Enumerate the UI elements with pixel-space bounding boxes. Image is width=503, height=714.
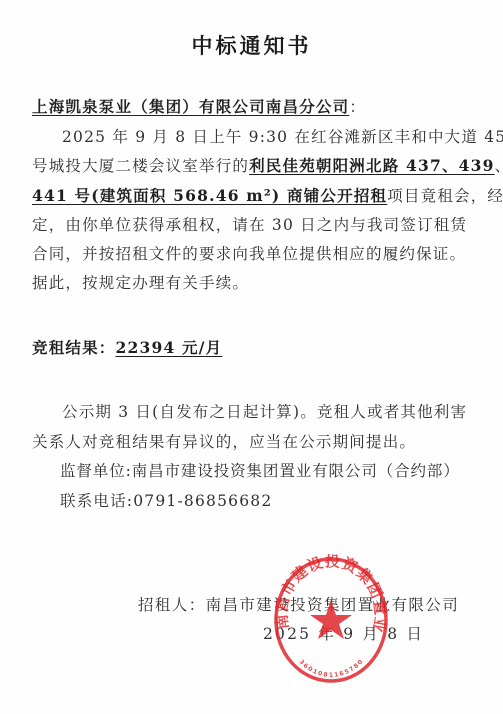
- addressee-line: 上海凯泉泵业（集团）有限公司南昌分公司：: [32, 97, 366, 117]
- addressee-colon: ：: [349, 98, 366, 116]
- body-line-3: 441 号(建筑面积 568.46 m²) 商铺公开招租项目竟租会，经评: [32, 186, 503, 206]
- body-line-4: 定，由你单位获得承租权，请在 30 日之内与我司签订租赁: [32, 215, 467, 235]
- project-name-part-1: 利民佳苑朝阳洲北路 437、439: [249, 156, 495, 175]
- body-line-2: 号城投大厦二楼会议室举行的利民佳苑朝阳洲北路 437、439、: [32, 156, 503, 176]
- body-line-1: 2025 年 9 月 8 日上午 9:30 在红谷滩新区丰和中大道 456: [62, 127, 503, 147]
- bid-result: 竞租结果：22394 元/月: [32, 338, 230, 358]
- body-line-5: 合同，并按招租文件的要求向我单位提供相应的履约保证。: [32, 244, 466, 264]
- project-name-part-2: 441 号(建筑面积 568.46 m²) 商铺公开招租: [32, 186, 387, 205]
- notice-line-1: 公示期 3 日(自发布之日起计算)。竞租人或者其他利害: [62, 402, 467, 422]
- bid-result-value: 22394 元/月: [116, 338, 231, 357]
- body-line-2-tail: 、: [495, 157, 503, 175]
- body-line-2-plain: 号城投大厦二楼会议室举行的: [32, 157, 249, 175]
- document-title: 中标通知书: [0, 30, 503, 60]
- body-line-6: 据此，按规定办理有关手续。: [32, 273, 249, 293]
- notice-line-2: 关系人对竞租结果有异议的，应当在公示期间提出。: [32, 432, 416, 452]
- bid-result-label: 竞租结果：: [32, 338, 116, 357]
- body-line-3-tail: 项目竟租会，经评: [387, 187, 503, 205]
- addressee-name: 上海凯泉泵业（集团）有限公司南昌分公司: [32, 97, 349, 116]
- phone-line: 联系电话:0791-86856682: [60, 491, 272, 511]
- company-seal: 南昌市建设投资集团置业有限公司 3601081165780: [272, 554, 390, 684]
- supervisor-line: 监督单位:南昌市建设投资集团置业有限公司（合约部）: [60, 461, 460, 481]
- seal-icon: 南昌市建设投资集团置业有限公司 3601081165780: [272, 554, 390, 684]
